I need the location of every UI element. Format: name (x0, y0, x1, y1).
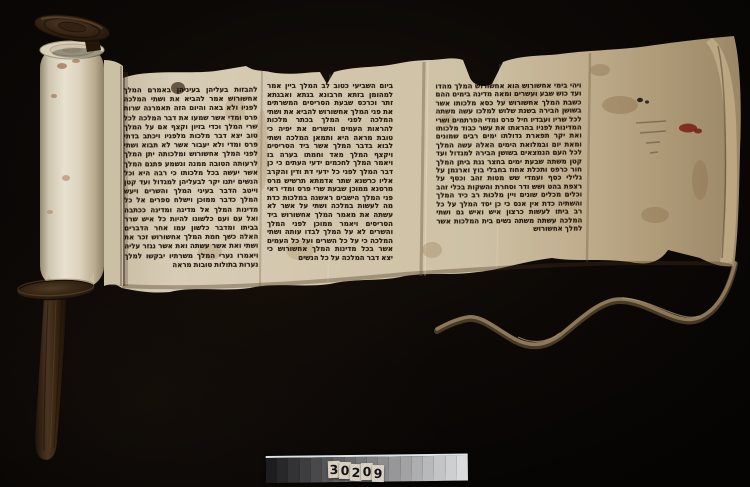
grayscale-step (277, 458, 289, 483)
hebrew-text-column-left: להבזות בעליהן בעיניהן באמרם המלך אחשורוש… (123, 86, 258, 281)
grayscale-step (400, 456, 412, 481)
museum-photograph: להבזות בעליהן בעיניהן באמרם המלך אחשורוש… (0, 0, 750, 487)
hebrew-text-column-middle: ביום השביעי כטוב לב המלך ביין אמר למהומן… (267, 82, 393, 272)
grayscale-step (389, 456, 401, 481)
roller-finial-disc (33, 10, 112, 46)
grayscale-step (299, 457, 311, 482)
grayscale-step (445, 456, 457, 481)
grayscale-step (423, 456, 435, 481)
grayscale-step (412, 456, 424, 481)
parchment-roll-cylinder (40, 41, 124, 288)
handle-flange-disc (17, 277, 96, 301)
roller-handle (17, 277, 96, 460)
label-digit: 9 (372, 465, 384, 482)
grayscale-step (434, 456, 446, 481)
hebrew-text-column-right: ויהי בימי אחשורוש הוא אחשורוש המלך מהדו … (435, 81, 582, 268)
grayscale-step (311, 457, 323, 482)
grayscale-step (288, 458, 300, 483)
accession-number-label: 3 0 2 0 9 (329, 461, 384, 478)
grayscale-step (456, 456, 468, 481)
binding-strap (437, 263, 735, 346)
grayscale-step (266, 458, 278, 483)
